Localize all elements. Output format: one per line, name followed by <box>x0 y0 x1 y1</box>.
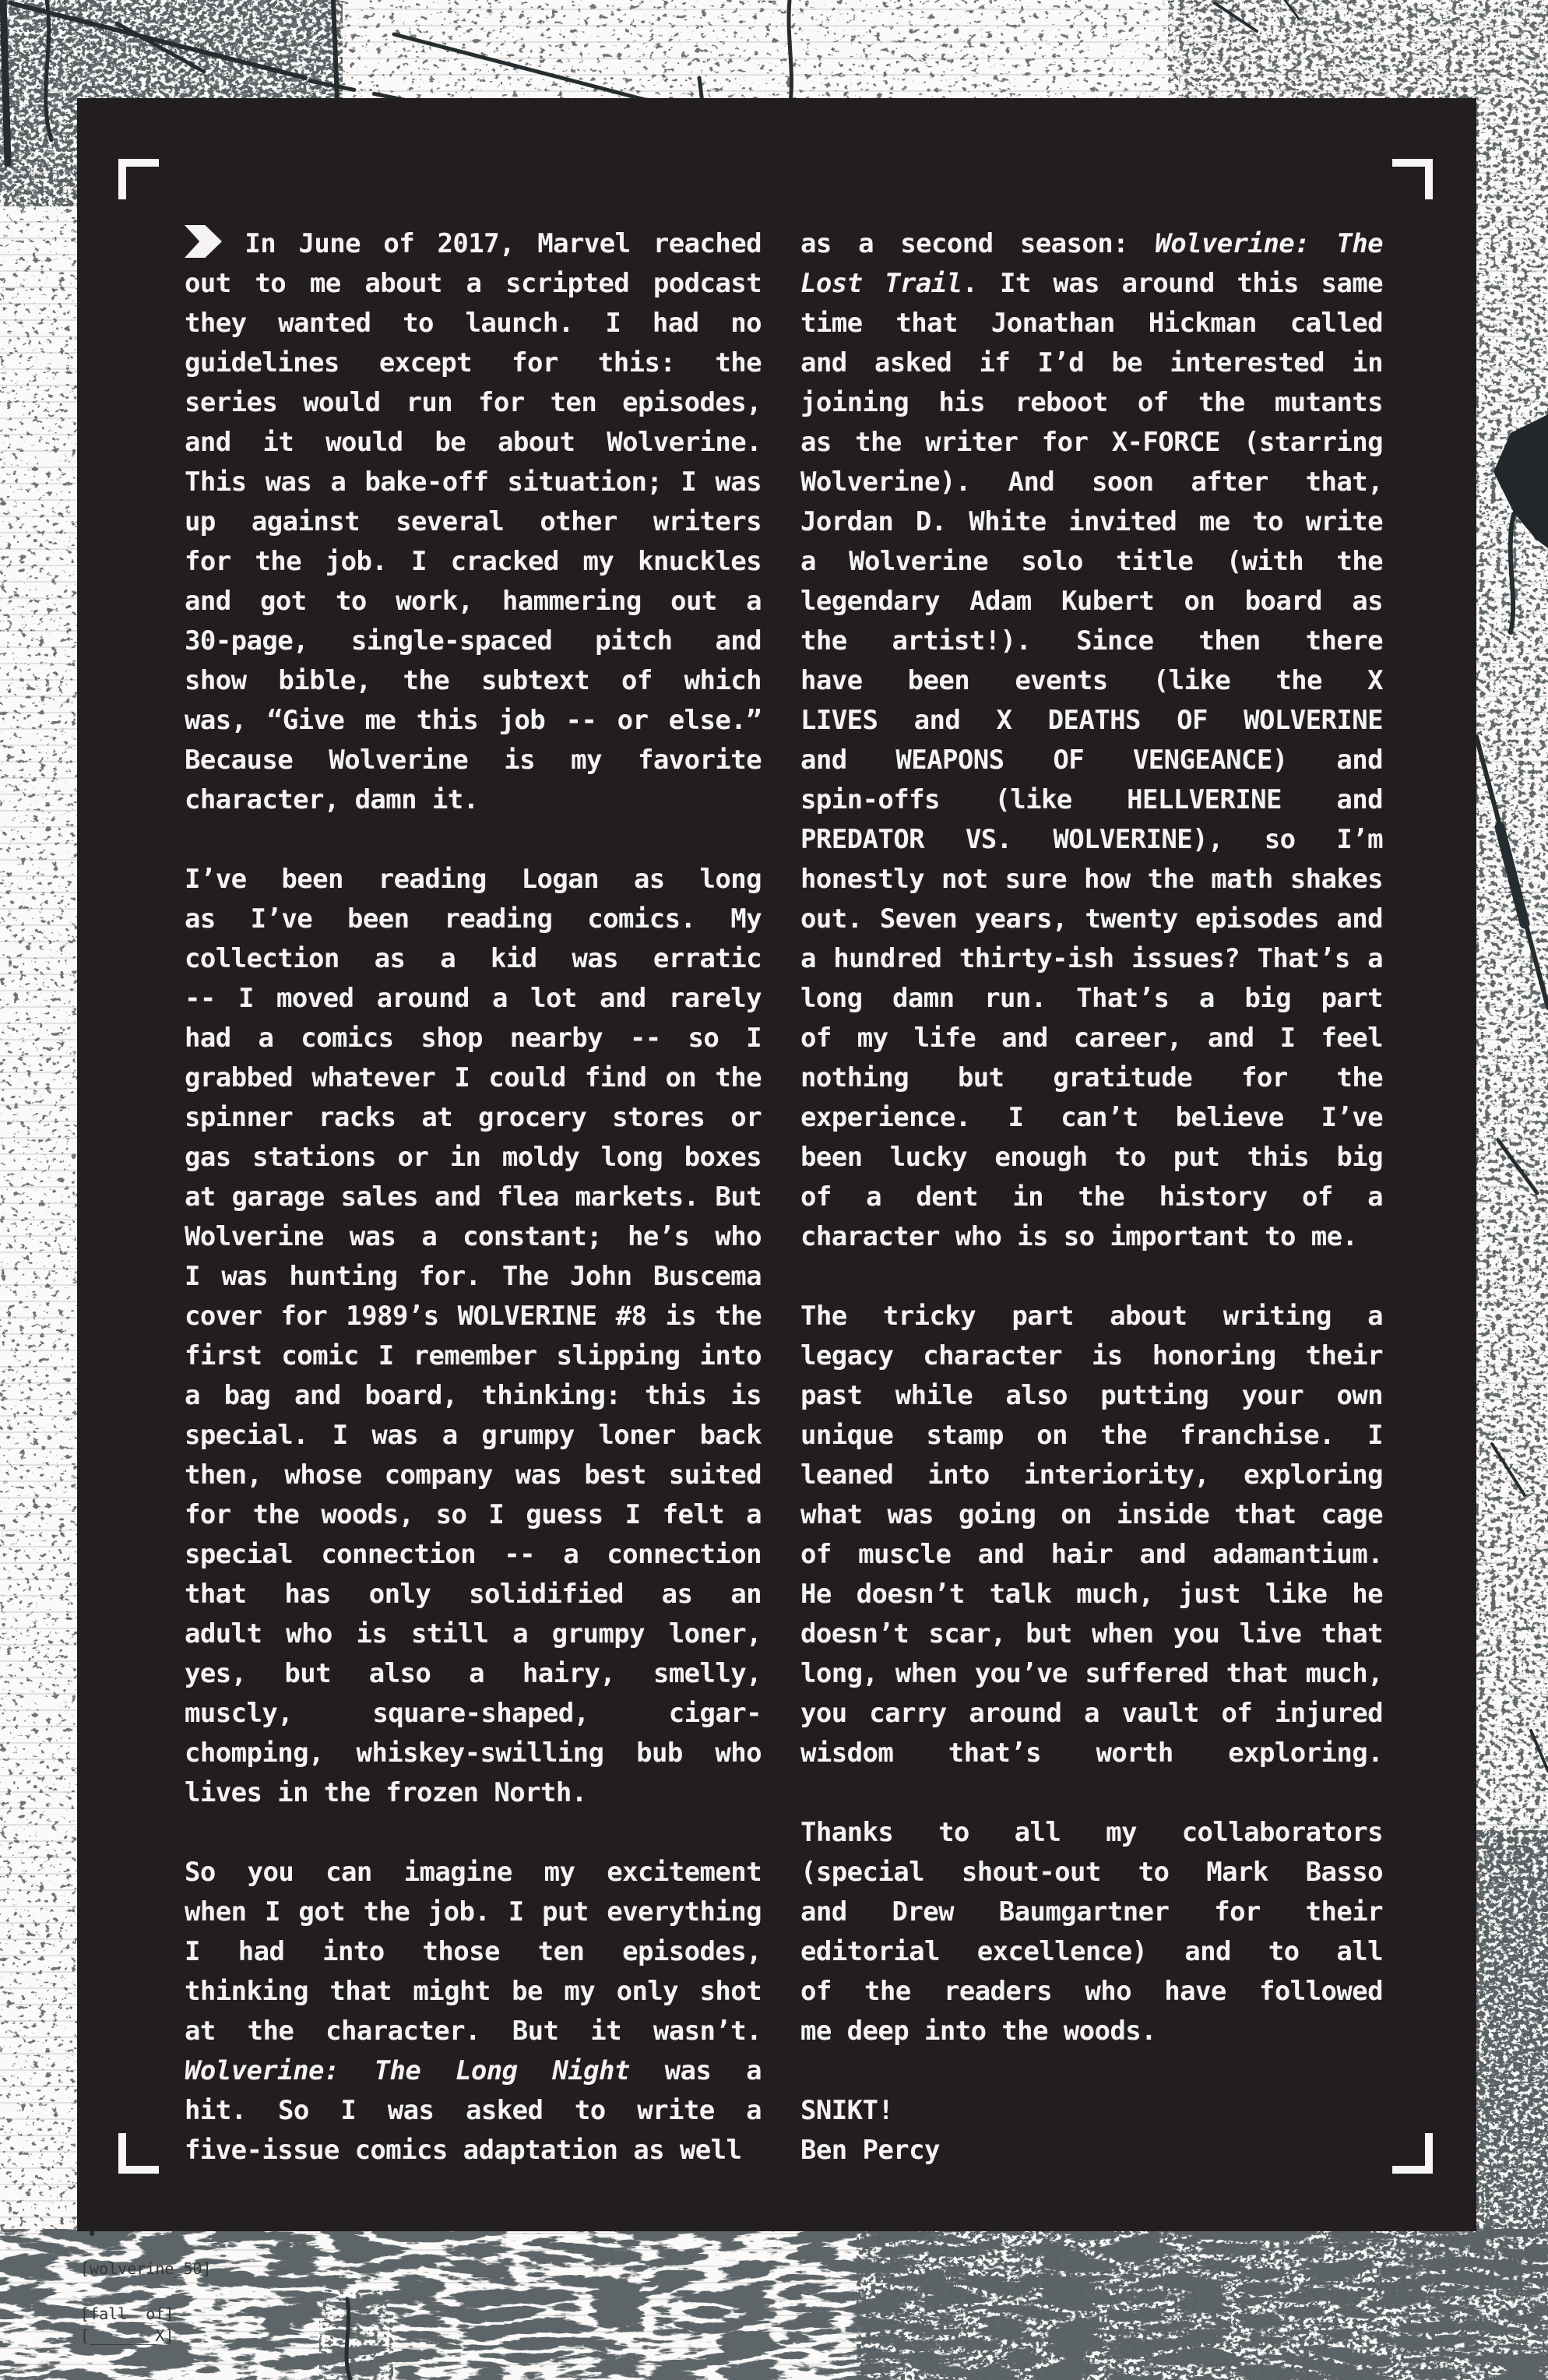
text-line: I’ve been reading Logan as long <box>185 860 762 900</box>
corner-bracket-bottom-right <box>1392 2133 1433 2174</box>
text-line: Because Wolverine is my favorite <box>185 741 762 780</box>
text-line: Wolverine). And soon after that, <box>800 463 1383 502</box>
text-line: special. I was a grumpy loner back <box>185 1416 762 1456</box>
text-line: as a second season: Wolverine: The <box>800 224 1383 264</box>
text-line: out. Seven years, twenty episodes and <box>800 900 1383 939</box>
text-line: (special shout-out to Mark Basso <box>800 1853 1383 1892</box>
text-line: series would run for ten episodes, <box>185 383 762 423</box>
text-line: honestly not sure how the math shakes <box>800 860 1383 900</box>
text-line: long damn run. That’s a big part <box>800 979 1383 1019</box>
text-line: of a dent in the history of a <box>800 1178 1383 1217</box>
text-line: guidelines except for this: the <box>185 343 762 383</box>
text-line: time that Jonathan Hickman called <box>800 304 1383 343</box>
text-line: Jordan D. White invited me to write <box>800 502 1383 542</box>
speckle-patch <box>857 2229 1548 2380</box>
text-line: joining his reboot of the mutants <box>800 383 1383 423</box>
text-line: leaned into interiority, exploring <box>800 1456 1383 1495</box>
text-line: grabbed whatever I could find on the <box>185 1058 762 1098</box>
text-line: cover for 1989’s WOLVERINE #8 is the <box>185 1297 762 1336</box>
text-line: 30-page, single-spaced pitch and <box>185 621 762 661</box>
paragraph: In June of 2017, Marvel reachedout to me… <box>185 224 762 820</box>
text-line: the artist!). Since then there <box>800 621 1383 661</box>
text-line: Lost Trail. It was around this same <box>800 264 1383 304</box>
text-line: and it would be about Wolverine. <box>185 423 762 463</box>
text-line: character who is so important to me. <box>800 1217 1383 1257</box>
text-line: been lucky enough to put this big <box>800 1138 1383 1178</box>
text-line: unique stamp on the franchise. I <box>800 1416 1383 1456</box>
text-line: when I got the job. I put everything <box>185 1892 762 1932</box>
footer-tag-wolverine-50: [wolverine_50] <box>80 2259 212 2279</box>
text-line: nothing but gratitude for the <box>800 1058 1383 1098</box>
text-line: me deep into the woods. <box>800 2012 1383 2051</box>
text-line: LIVES and X DEATHS OF WOLVERINE <box>800 701 1383 741</box>
text-line: Wolverine: The Long Night was a <box>185 2051 762 2091</box>
text-line: as the writer for X-FORCE (starring <box>800 423 1383 463</box>
text-line: have been events (like the X <box>800 661 1383 701</box>
text-line: I had into those ten episodes, <box>185 1932 762 1972</box>
text-line: chomping, whiskey-swilling bub who <box>185 1734 762 1773</box>
corner-bracket-top-right <box>1392 159 1433 199</box>
text-line: yes, but also a hairy, smelly, <box>185 1654 762 1694</box>
text-line: and asked if I’d be interested in <box>800 343 1383 383</box>
text-line: show bible, the subtext of which <box>185 661 762 701</box>
text-line: -- I moved around a lot and rarely <box>185 979 762 1019</box>
text-line: and got to work, hammering out a <box>185 582 762 621</box>
text-line: lives in the frozen North. <box>185 1773 762 1813</box>
text-line: I was hunting for. The John Buscema <box>185 1257 762 1297</box>
text-line: legacy character is honoring their <box>800 1336 1383 1376</box>
text-line: what was going on inside that cage <box>800 1495 1383 1535</box>
letter-panel: In June of 2017, Marvel reachedout to me… <box>77 98 1476 2231</box>
text-line: five-issue comics adaptation as well <box>185 2131 762 2171</box>
arrow-icon <box>185 225 222 258</box>
text-line: Thanks to all my collaborators <box>800 1813 1383 1853</box>
text-line: wisdom that’s worth exploring. <box>800 1734 1383 1773</box>
text-line: PREDATOR VS. WOLVERINE), so I’m <box>800 820 1383 860</box>
text-line: at garage sales and flea markets. But <box>185 1178 762 1217</box>
text-line: a Wolverine solo title (with the <box>800 542 1383 582</box>
text-line: had a comics shop nearby -- so I <box>185 1019 762 1058</box>
text-line: muscly, square-shaped, cigar- <box>185 1694 762 1734</box>
text-line: was, “Give me this job -- or else.” <box>185 701 762 741</box>
paragraph: So you can imagine my excitementwhen I g… <box>185 1853 762 2171</box>
corner-bracket-bottom-left <box>118 2133 159 2174</box>
text-line: that has only solidified as an <box>185 1575 762 1614</box>
text-line: collection as a kid was erratic <box>185 939 762 979</box>
text-line: you carry around a vault of injured <box>800 1694 1383 1734</box>
text-line: This was a bake-off situation; I was <box>185 463 762 502</box>
text-line: as I’ve been reading comics. My <box>185 900 762 939</box>
text-line: of the readers who have followed <box>800 1972 1383 2012</box>
text-line: spin-offs (like HELLVERINE and <box>800 780 1383 820</box>
text-line: experience. I can’t believe I’ve <box>800 1098 1383 1138</box>
text-line: character, damn it. <box>185 780 762 820</box>
text-line: editorial excellence) and to all <box>800 1932 1383 1972</box>
paragraph: SNIKT!Ben Percy <box>800 2091 1383 2171</box>
text-line: and Drew Baumgartner for their <box>800 1892 1383 1932</box>
text-line: Ben Percy <box>800 2131 1383 2171</box>
text-line: special connection -- a connection <box>185 1535 762 1575</box>
scratch-mark <box>3 0 8 164</box>
text-line: In June of 2017, Marvel reached <box>185 224 762 264</box>
text-line: long, when you’ve suffered that much, <box>800 1654 1383 1694</box>
text-line: hit. So I was asked to write a <box>185 2091 762 2131</box>
text-line: SNIKT! <box>800 2091 1383 2131</box>
paragraph: Thanks to all my collaborators(special s… <box>800 1813 1383 2051</box>
text-line: they wanted to launch. I had no <box>185 304 762 343</box>
speckle-patch <box>1475 1830 1548 2231</box>
paragraph: The tricky part about writing alegacy ch… <box>800 1297 1383 1773</box>
text-line: for the woods, so I guess I felt a <box>185 1495 762 1535</box>
text-line: and WEAPONS OF VENGEANCE) and <box>800 741 1383 780</box>
text-line: past while also putting your own <box>800 1376 1383 1416</box>
text-line: spinner racks at grocery stores or <box>185 1098 762 1138</box>
comic-letter-page: In June of 2017, Marvel reachedout to me… <box>0 0 1548 2380</box>
text-line: of my life and career, and I feel <box>800 1019 1383 1058</box>
text-line: a hundred thirty-ish issues? That’s a <box>800 939 1383 979</box>
text-line: thinking that might be my only shot <box>185 1972 762 2012</box>
footer-tag-fall-of: [fall__of] <box>80 2304 174 2324</box>
text-line: gas stations or in moldy long boxes <box>185 1138 762 1178</box>
speckle-patch <box>319 2290 393 2380</box>
text-line: then, whose company was best suited <box>185 1456 762 1495</box>
text-line: a bag and board, thinking: this is <box>185 1376 762 1416</box>
text-line: of muscle and hair and adamantium. <box>800 1535 1383 1575</box>
footer-tag-x: [_______X] <box>80 2325 174 2346</box>
letter-column-left: In June of 2017, Marvel reachedout to me… <box>185 224 762 2171</box>
text-line: out to me about a scripted podcast <box>185 264 762 304</box>
text-line: legendary Adam Kubert on board as <box>800 582 1383 621</box>
text-line: at the character. But it wasn’t. <box>185 2012 762 2051</box>
paragraph: as a second season: Wolverine: TheLost T… <box>800 224 1383 1257</box>
text-line: doesn’t scar, but when you live that <box>800 1614 1383 1654</box>
scratch-mark <box>1511 514 1514 632</box>
text-line: first comic I remember slipping into <box>185 1336 762 1376</box>
letter-column-right: as a second season: Wolverine: TheLost T… <box>800 224 1383 2171</box>
text-line: adult who is still a grumpy loner, <box>185 1614 762 1654</box>
text-line: So you can imagine my excitement <box>185 1853 762 1892</box>
text-line: up against several other writers <box>185 502 762 542</box>
text-line: Wolverine was a constant; he’s who <box>185 1217 762 1257</box>
text-line: The tricky part about writing a <box>800 1297 1383 1336</box>
text-line: He doesn’t talk much, just like he <box>800 1575 1383 1614</box>
paragraph: I’ve been reading Logan as longas I’ve b… <box>185 860 762 1813</box>
text-line: for the job. I cracked my knuckles <box>185 542 762 582</box>
corner-bracket-top-left <box>118 159 159 199</box>
speckle-patch <box>0 109 78 2235</box>
